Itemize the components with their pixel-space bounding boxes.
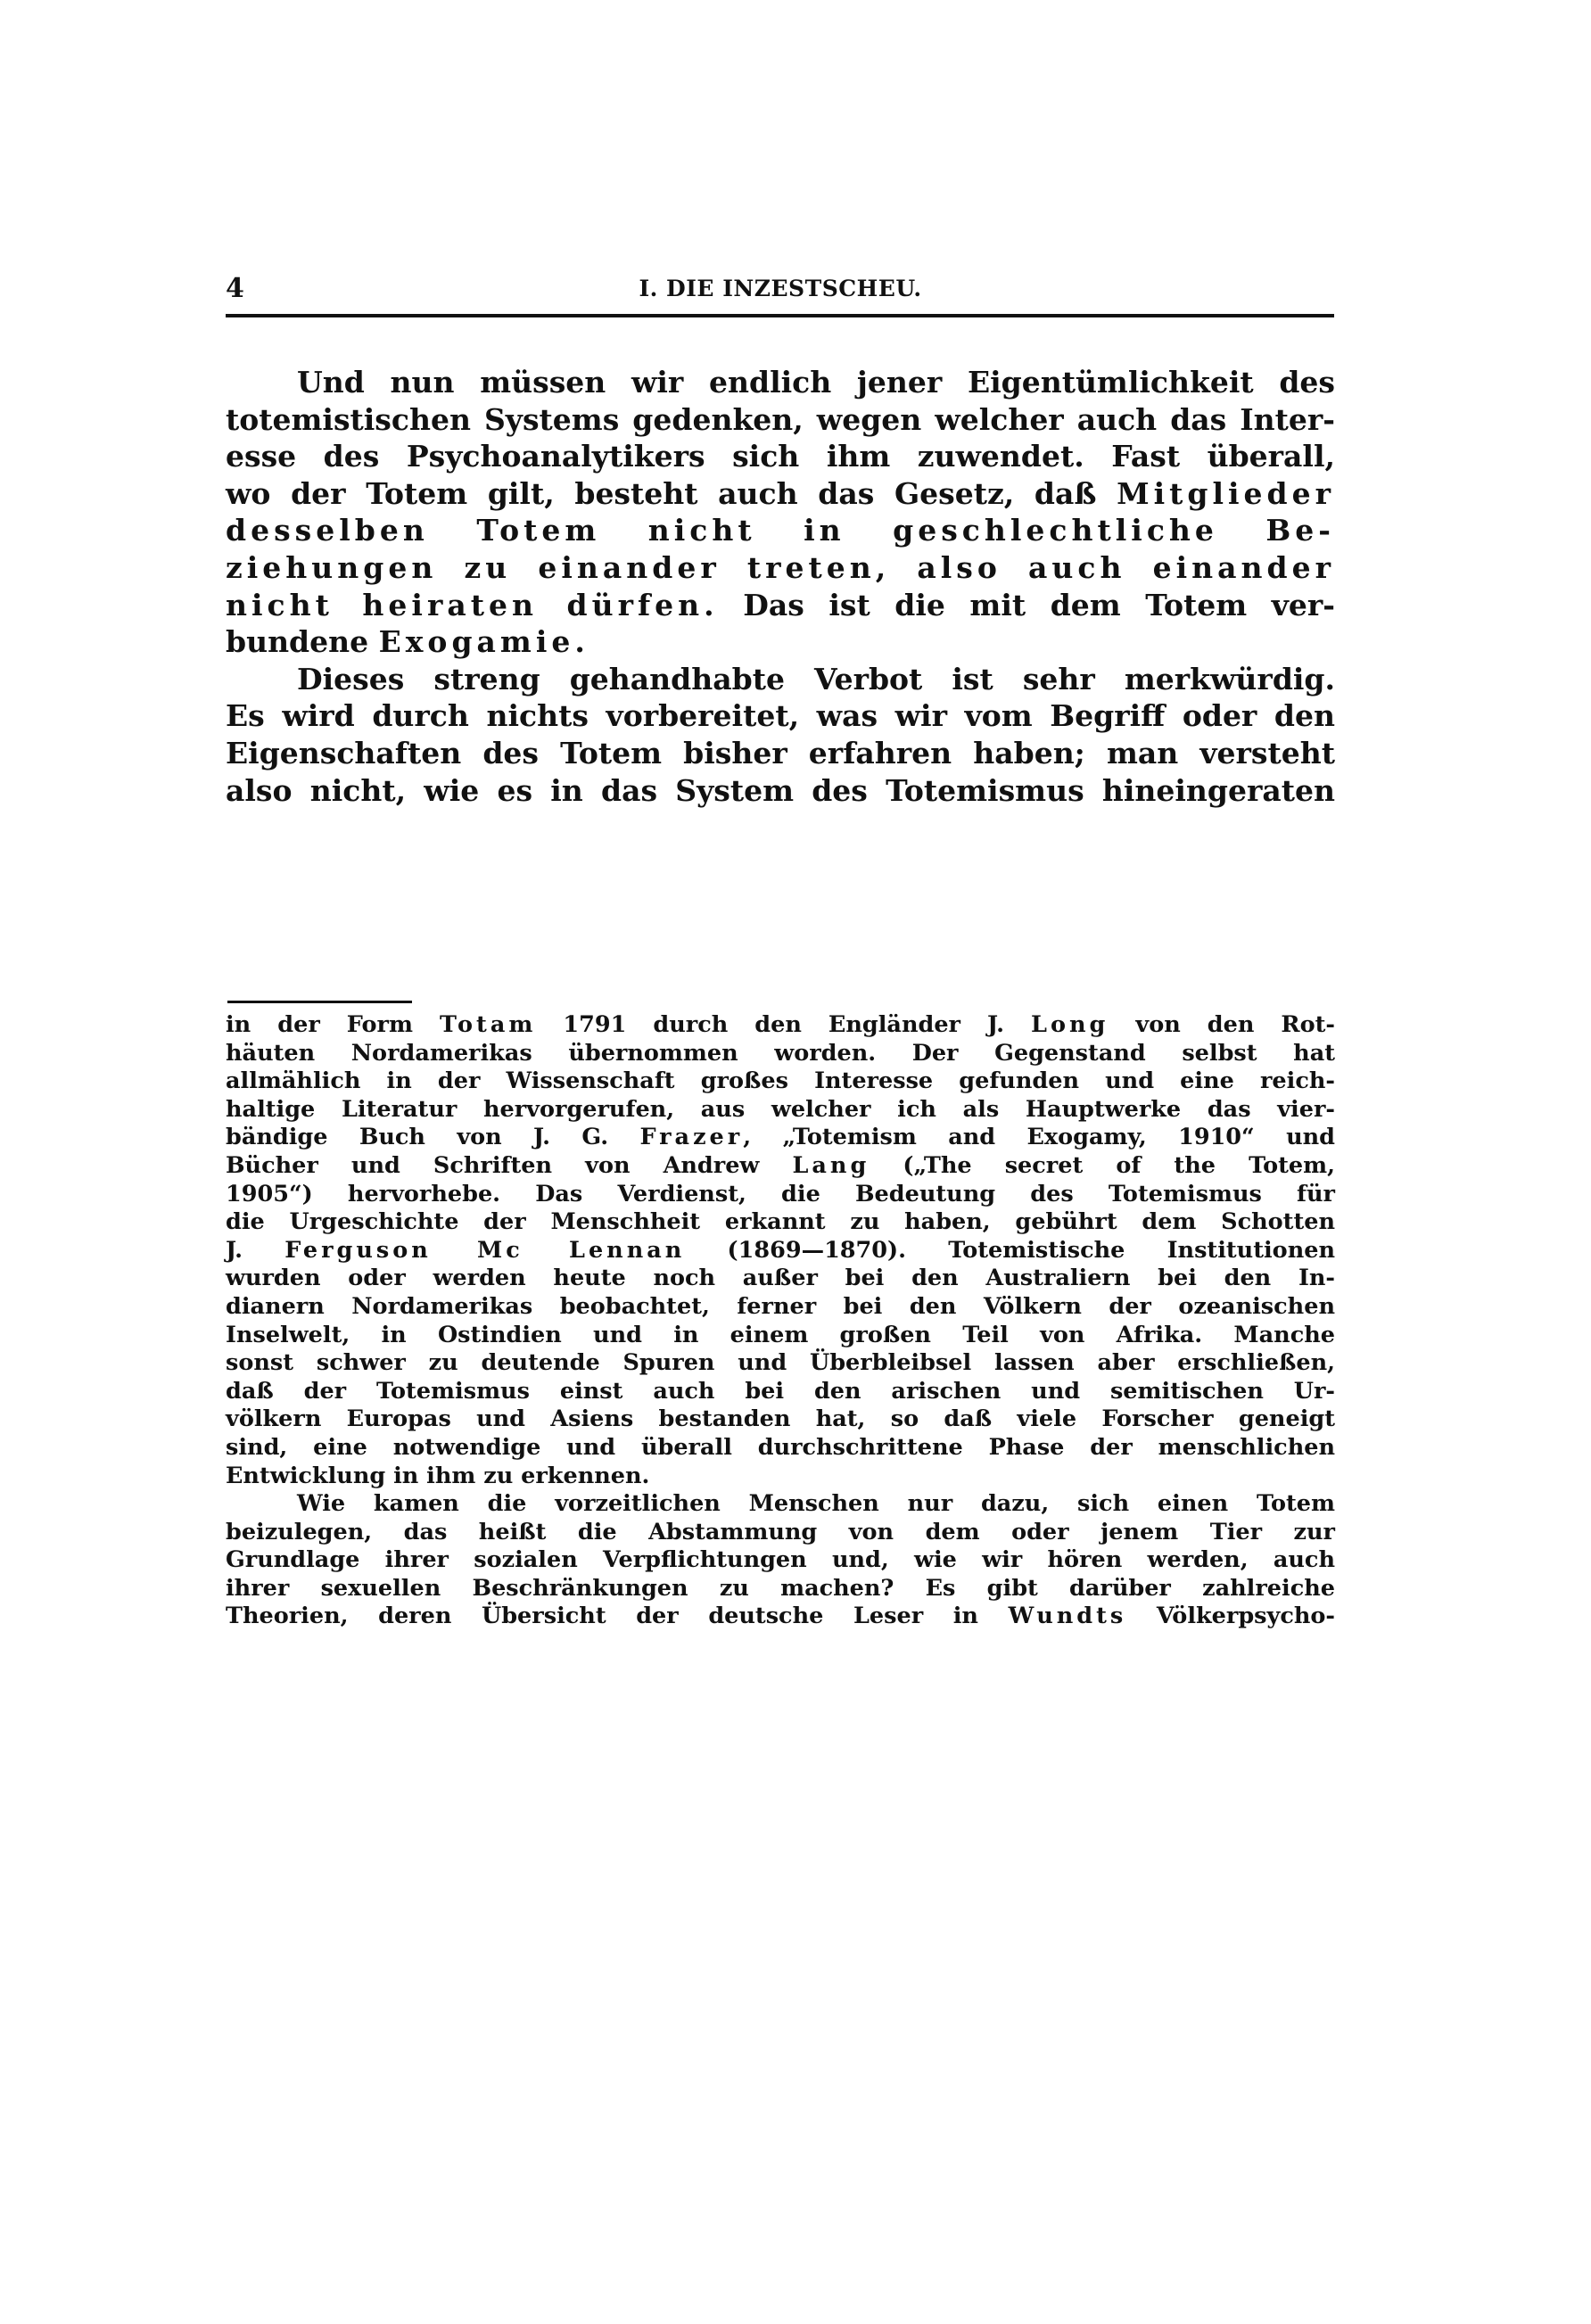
spaced-emphasis: Long bbox=[1031, 1011, 1109, 1038]
footnote-line: in der Form Totam 1791 durch den Engländ… bbox=[226, 1011, 1335, 1040]
footnote-line: Theorien, deren Übersicht der deutsche L… bbox=[226, 1603, 1335, 1631]
running-title: I. DIE INZESTSCHEU. bbox=[226, 273, 1335, 305]
body-line-spaced-emphasis: desselben Totem nicht in geschlechtliche… bbox=[226, 512, 1335, 549]
footnote-line: Grundlage ihrer sozialen Verpflichtungen… bbox=[226, 1546, 1335, 1575]
body-line: nicht heiraten dürfen. Das ist die mit d… bbox=[226, 587, 1335, 624]
footnote-line: J. Ferguson Mc Lennan (1869—1870). Totem… bbox=[226, 1237, 1335, 1265]
body-line: esse des Psychoanalytikers sich ihm zuwe… bbox=[226, 438, 1335, 475]
spaced-emphasis: nicht heiraten dürfen. bbox=[226, 588, 719, 622]
footnote-line: sonst schwer zu deutende Spuren und Über… bbox=[226, 1349, 1335, 1378]
footnote-line: wurden oder werden heute noch außer bei … bbox=[226, 1265, 1335, 1293]
spaced-emphasis: Lang bbox=[792, 1152, 870, 1179]
body-line: bundene Exogamie. bbox=[226, 623, 1335, 661]
body-line: Und nun müssen wir endlich jener Eigentü… bbox=[226, 364, 1335, 401]
body-line: totemistischen Systems gedenken, wegen w… bbox=[226, 401, 1335, 439]
footnote-line: bändige Buch von J. G. Frazer, „Totemism… bbox=[226, 1124, 1335, 1152]
body-line: also nicht, wie es in das System des Tot… bbox=[226, 772, 1335, 810]
spaced-emphasis: Exogamie bbox=[379, 624, 575, 659]
body-line: Eigenschaften des Totem bisher erfahren … bbox=[226, 735, 1335, 772]
footnote-line: häuten Nordamerikas übernommen worden. D… bbox=[226, 1040, 1335, 1068]
footnote-line: ihrer sexuellen Beschränkungen zu machen… bbox=[226, 1575, 1335, 1603]
body-line: Dieses streng gehandhabte Verbot ist seh… bbox=[226, 661, 1335, 698]
footnote-line: allmählich in der Wissenschaft großes In… bbox=[226, 1067, 1335, 1096]
footnote-line: die Urgeschichte der Menschheit erkannt … bbox=[226, 1208, 1335, 1237]
footnote-line: Entwicklung in ihm zu erkennen. bbox=[226, 1463, 1335, 1491]
footnote-line: 1905“) hervorhebe. Das Verdienst, die Be… bbox=[226, 1181, 1335, 1209]
footnote-line: völkern Europas und Asiens bestanden hat… bbox=[226, 1405, 1335, 1434]
footnote-line: Bücher und Schriften von Andrew Lang („T… bbox=[226, 1152, 1335, 1181]
body-line: wo der Totem gilt, besteht auch das Gese… bbox=[226, 475, 1335, 513]
spaced-emphasis: Totam bbox=[440, 1011, 536, 1038]
spaced-emphasis: Ferguson Mc Lennan bbox=[284, 1237, 685, 1264]
footnote-line: Inselwelt, in Ostindien und in einem gro… bbox=[226, 1322, 1335, 1350]
footnote-line: beizulegen, das heißt die Abstammung von… bbox=[226, 1519, 1335, 1547]
body-line-spaced-emphasis: ziehungen zu einander treten, also auch … bbox=[226, 549, 1335, 587]
body-text: Und nun müssen wir endlich jener Eigentü… bbox=[226, 364, 1335, 809]
body-line: Es wird durch nichts vorbereitet, was wi… bbox=[226, 697, 1335, 735]
footnote: in der Form Totam 1791 durch den Engländ… bbox=[226, 1011, 1335, 1631]
footnote-line: sind, eine notwendige und überall durchs… bbox=[226, 1434, 1335, 1463]
header-rule bbox=[226, 314, 1334, 317]
spaced-emphasis: Wundts bbox=[1009, 1603, 1127, 1629]
spaced-emphasis: Mitglieder bbox=[1117, 476, 1335, 511]
footnote-separator bbox=[227, 1001, 412, 1003]
footnote-line: dianern Nordamerikas beobachtet, ferner … bbox=[226, 1293, 1335, 1322]
spaced-emphasis: Frazer bbox=[639, 1124, 743, 1150]
footnote-line: daß der Totemismus einst auch bei den ar… bbox=[226, 1378, 1335, 1406]
footnote-line: haltige Literatur hervorgerufen, aus wel… bbox=[226, 1096, 1335, 1125]
footnote-line: Wie kamen die vorzeitlichen Menschen nur… bbox=[226, 1490, 1335, 1519]
